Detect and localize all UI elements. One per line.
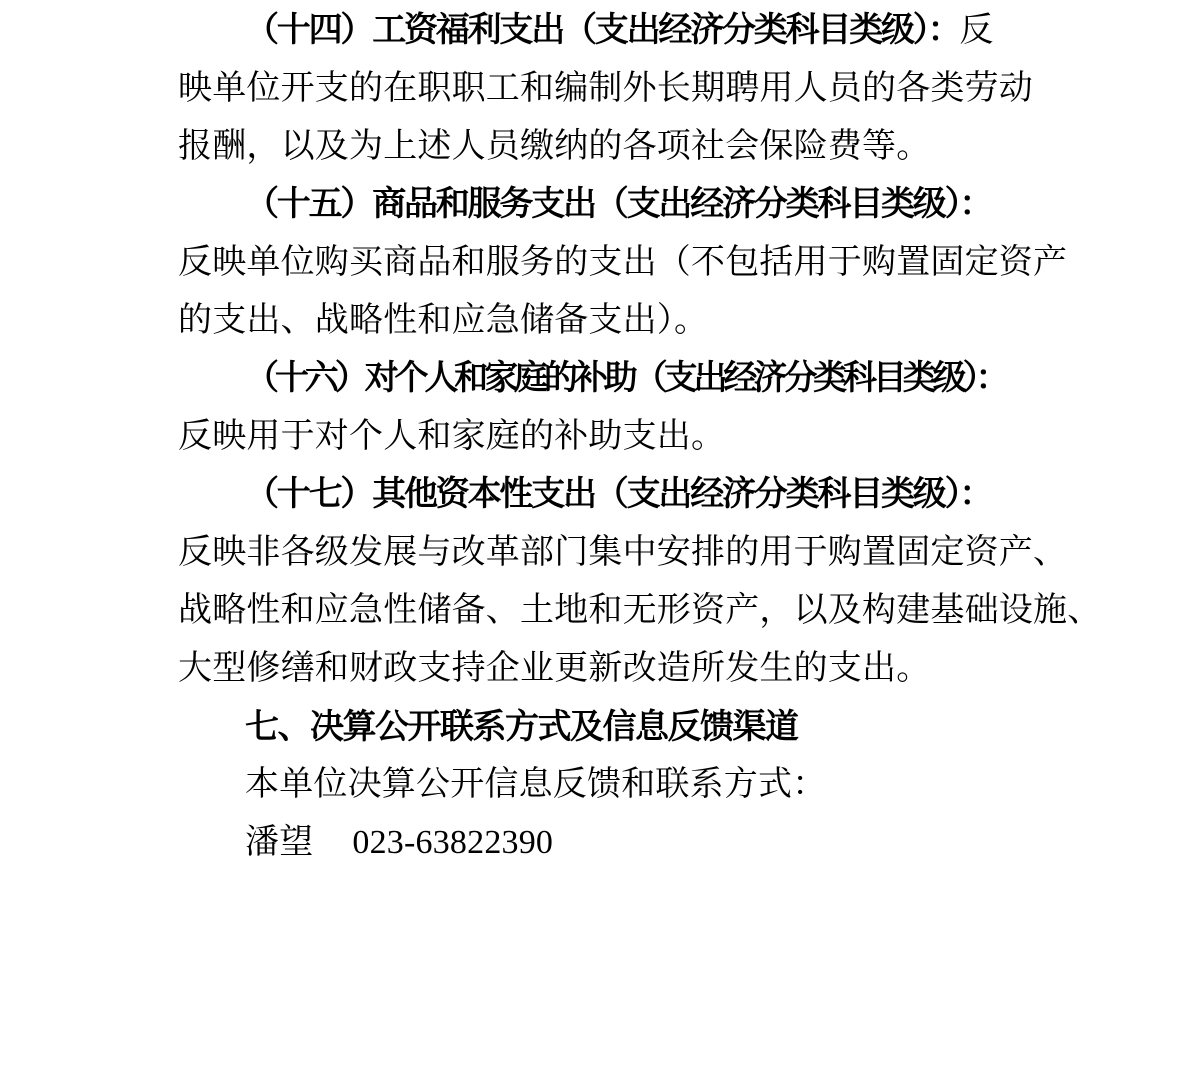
section-17-body-line: 反映非各级发展与改革部门集中安排的用于购置固定资产、 — [178, 524, 1118, 582]
section-15-heading-line: （十五）商品和服务支出（支出经济分类科目类级）： — [178, 176, 1118, 234]
section-7-heading: 七、决算公开联系方式及信息反馈渠道 — [245, 708, 798, 746]
section-17-body-line: 大型修缮和财政支持企业更新改造所发生的支出。 — [178, 640, 1118, 698]
section-14-body-line: 报酬，以及为上述人员缴纳的各项社会保险费等。 — [178, 118, 1118, 176]
contact-name: 潘望 — [245, 824, 313, 861]
body-text: 反映单位购买商品和服务的支出（不包括用于购置固定资产 — [178, 244, 1067, 281]
contact-info-line: 潘望023-63822390 — [178, 814, 1118, 872]
section-14-body-start: 反 — [959, 12, 993, 49]
body-text: 映单位开支的在职职工和编制外长期聘用人员的各类劳动 — [178, 70, 1033, 107]
document-page: （十四）工资福利支出（支出经济分类科目类级）：反 映单位开支的在职职工和编制外长… — [178, 2, 1118, 872]
contact-intro-line: 本单位决算公开信息反馈和联系方式： — [178, 756, 1118, 814]
section-17-body-line: 战略性和应急性储备、土地和无形资产，以及构建基础设施、 — [178, 582, 1118, 640]
contact-intro-text: 本单位决算公开信息反馈和联系方式： — [245, 766, 826, 803]
body-text: 大型修缮和财政支持企业更新改造所发生的支出。 — [178, 650, 930, 687]
body-text: 的支出、战略性和应急储备支出）。 — [178, 302, 708, 339]
section-14-heading-line: （十四）工资福利支出（支出经济分类科目类级）：反 — [178, 2, 1118, 60]
section-7-heading-line: 七、决算公开联系方式及信息反馈渠道 — [178, 698, 1118, 756]
body-text: 反映非各级发展与改革部门集中安排的用于购置固定资产、 — [178, 534, 1067, 571]
section-16-heading-line: （十六）对个人和家庭的补助（支出经济分类科目类级）： — [178, 350, 1118, 408]
section-14-heading: （十四）工资福利支出（支出经济分类科目类级）： — [245, 12, 959, 49]
section-15-heading: （十五）商品和服务支出（支出经济分类科目类级）： — [245, 186, 991, 223]
section-16-body-line: 反映用于对个人和家庭的补助支出。 — [178, 408, 1118, 466]
section-17-heading: （十七）其他资本性支出（支出经济分类科目类级）： — [245, 476, 991, 513]
section-14-body-line: 映单位开支的在职职工和编制外长期聘用人员的各类劳动 — [178, 60, 1118, 118]
contact-phone: 023-63822390 — [352, 824, 553, 861]
body-text: 战略性和应急性储备、土地和无形资产，以及构建基础设施、 — [178, 592, 1101, 629]
section-15-body-line: 反映单位购买商品和服务的支出（不包括用于购置固定资产 — [178, 234, 1118, 292]
body-text: 反映用于对个人和家庭的补助支出。 — [178, 418, 725, 455]
body-text: 报酬，以及为上述人员缴纳的各项社会保险费等。 — [178, 128, 930, 165]
section-16-heading: （十六）对个人和家庭的补助（支出经济分类科目类级）： — [245, 360, 1005, 397]
section-15-body-line: 的支出、战略性和应急储备支出）。 — [178, 292, 1118, 350]
section-17-heading-line: （十七）其他资本性支出（支出经济分类科目类级）： — [178, 466, 1118, 524]
